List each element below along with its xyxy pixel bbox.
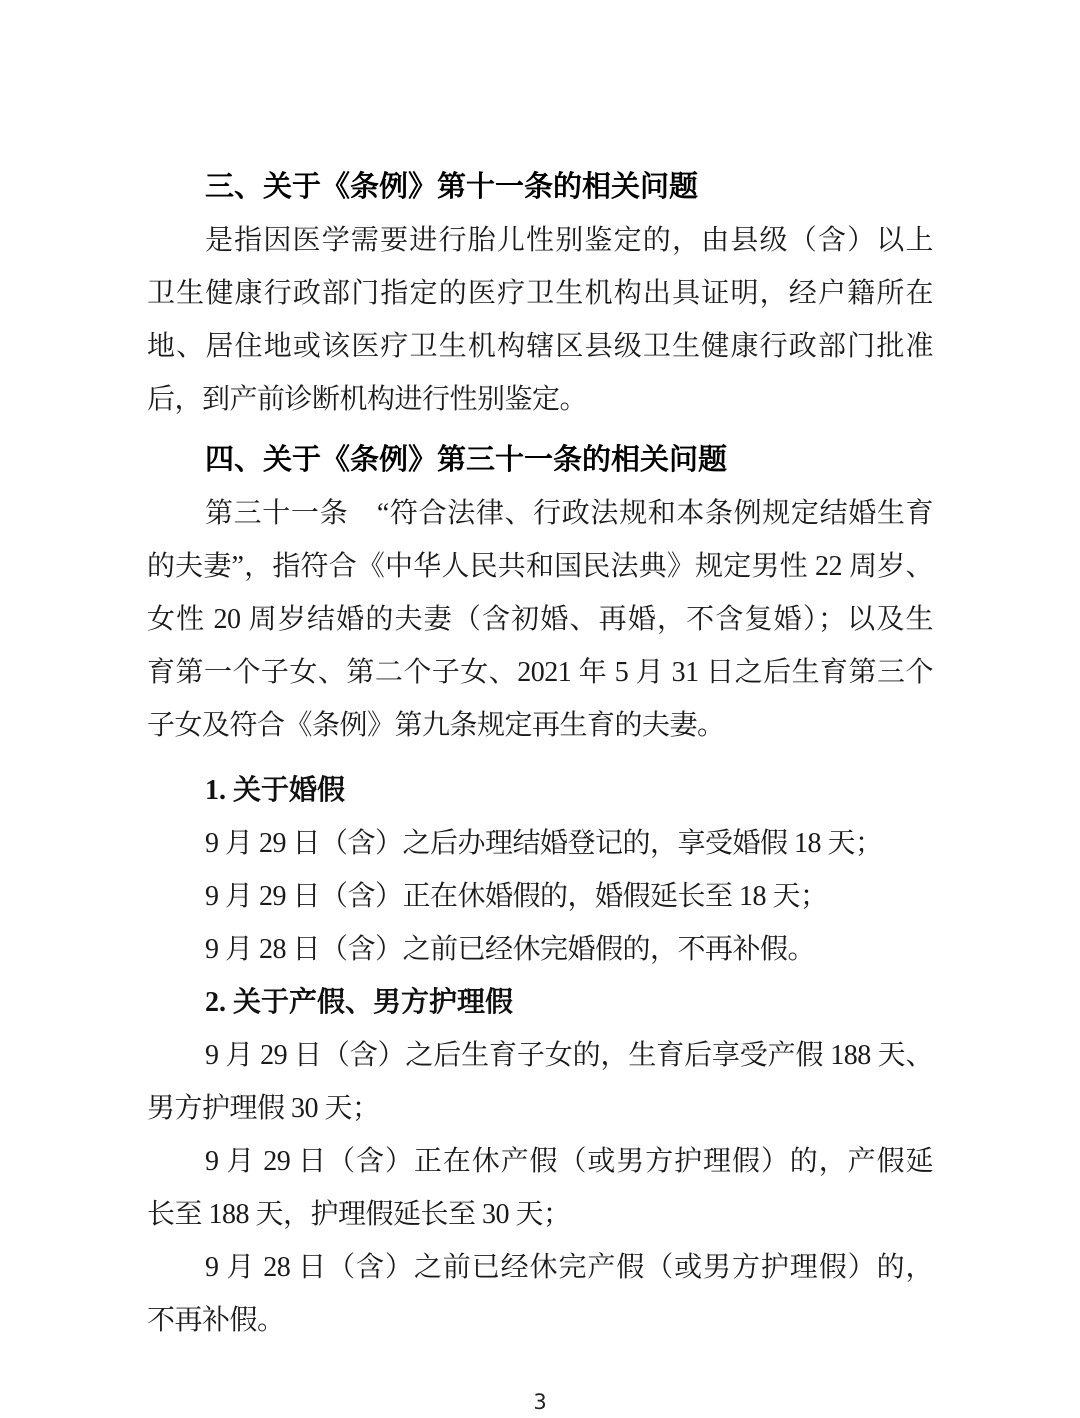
text-line: 后，到产前诊断机构进行性别鉴定。: [147, 373, 933, 426]
text-line: 9 月 29 日（含）正在休产假（或男方护理假）的，产假延: [147, 1135, 933, 1188]
page-number: 3: [0, 1390, 1080, 1414]
document-page: 三、关于《条例》第十一条的相关问题 是指因医学需要进行胎儿性别鉴定的，由县级（含…: [0, 0, 1080, 1418]
text-line: 子女及符合《条例》第九条规定再生育的夫妻。: [147, 699, 933, 752]
text-line: 卫生健康行政部门指定的医疗卫生机构出具证明，经户籍所在: [147, 267, 933, 320]
text-line: 的夫妻”，指符合《中华人民共和国民法典》规定男性 22 周岁、: [147, 540, 933, 593]
text-line: 长至 188 天，护理假延长至 30 天；: [147, 1188, 933, 1241]
document-content: 三、关于《条例》第十一条的相关问题 是指因医学需要进行胎儿性别鉴定的，由县级（含…: [147, 161, 933, 1347]
text-line: 9 月 28 日（含）之前已经休完婚假的，不再补假。: [147, 923, 933, 976]
text-line: 育第一个子女、第二个子女、2021 年 5 月 31 日之后生育第三个: [147, 646, 933, 699]
text-line: 女性 20 周岁结婚的夫妻（含初婚、再婚，不含复婚）；以及生: [147, 593, 933, 646]
section-3-heading: 三、关于《条例》第十一条的相关问题: [147, 161, 933, 214]
text-line: 9 月 29 日（含）之后生育子女的，生育后享受产假 188 天、: [147, 1029, 933, 1082]
text-line: 9 月 28 日（含）之前已经休完产假（或男方护理假）的，: [147, 1241, 933, 1294]
text-line: 第三十一条 “符合法律、行政法规和本条例规定结婚生育: [147, 487, 933, 540]
text-line: 9 月 29 日（含）之后办理结婚登记的，享受婚假 18 天；: [147, 817, 933, 870]
text-line: 地、居住地或该医疗卫生机构辖区县级卫生健康行政部门批准: [147, 320, 933, 373]
text-line: 是指因医学需要进行胎儿性别鉴定的，由县级（含）以上: [147, 214, 933, 267]
text-line: 9 月 29 日（含）正在休婚假的，婚假延长至 18 天；: [147, 870, 933, 923]
section-4-heading: 四、关于《条例》第三十一条的相关问题: [147, 434, 933, 487]
text-line: 不再补假。: [147, 1294, 933, 1347]
subsection-2-heading: 2. 关于产假、男方护理假: [147, 976, 933, 1029]
text-line: 男方护理假 30 天；: [147, 1082, 933, 1135]
subsection-1-heading: 1. 关于婚假: [147, 764, 933, 817]
